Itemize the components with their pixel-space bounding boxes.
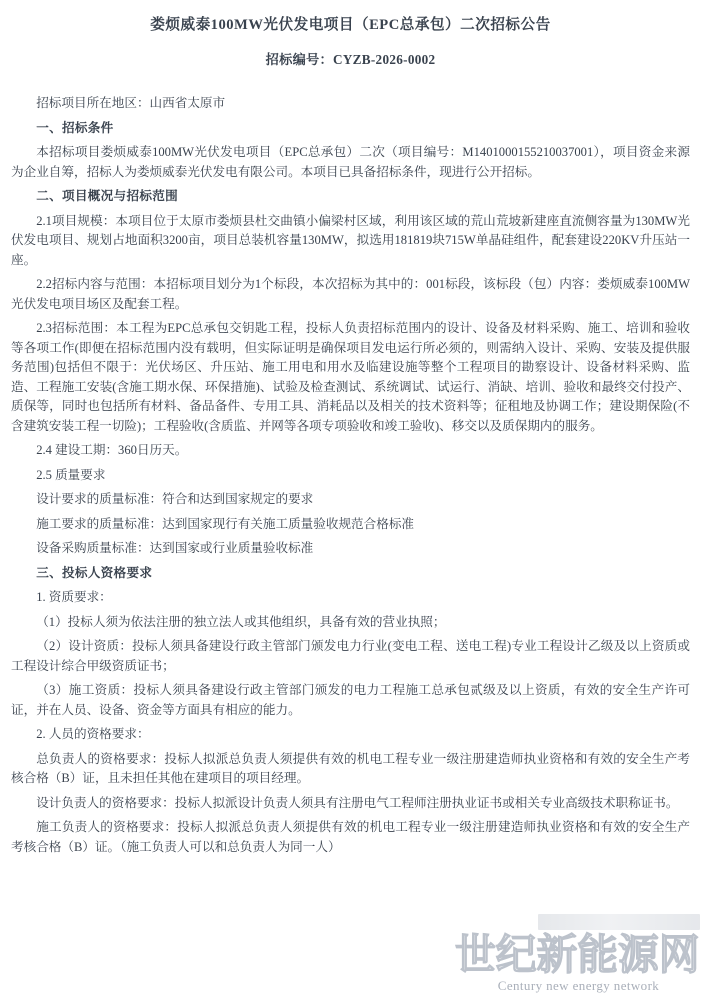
watermark-cn-text: 世纪新能源网: [455, 934, 695, 978]
para-design-quality-standard: 设计要求的质量标准：符合和达到国家规定的要求: [11, 490, 690, 510]
para-general-manager-requirements: 总负责人的资格要求：投标人拟派总负责人须提供有效的机电工程专业一级注册建造师执业…: [11, 750, 690, 789]
para-qualification-item-3-construction: （3）施工资质：投标人须具备建设行政主管部门颁发的电力工程施工总承包贰级及以上资…: [11, 681, 690, 720]
doc-title: 娄烦威泰100MW光伏发电项目（EPC总承包）二次招标公告: [11, 13, 690, 34]
para-tender-scope: 2.3招标范围：本工程为EPC总承包交钥匙工程，投标人负责招标范围内的设计、设备…: [11, 319, 690, 436]
tender-announcement-document: 娄烦威泰100MW光伏发电项目（EPC总承包）二次招标公告 招标编号：CYZB-…: [0, 0, 702, 996]
para-construction-manager-requirements: 施工负责人的资格要求：投标人拟派总负责人须提供有效的机电工程专业一级注册建造师执…: [11, 818, 690, 857]
heading-tender-conditions: 一、招标条件: [11, 119, 690, 139]
heading-project-overview: 二、项目概况与招标范围: [11, 187, 690, 207]
para-construction-quality-standard: 施工要求的质量标准：达到国家现行有关施工质量验收规范合格标准: [11, 515, 690, 535]
para-qualification-item-2-design: （2）设计资质：投标人须具备建设行政主管部门颁发电力行业(变电工程、送电工程)专…: [11, 637, 690, 676]
para-tender-conditions: 本招标项目娄烦威泰100MW光伏发电项目（EPC总承包）二次（项目编号：M140…: [11, 143, 690, 182]
para-quality-requirements: 2.5 质量要求: [11, 466, 690, 486]
para-construction-period: 2.4 建设工期：360日历天。: [11, 441, 690, 461]
document-body: 娄烦威泰100MW光伏发电项目（EPC总承包）二次招标公告 招标编号：CYZB-…: [0, 0, 702, 857]
watermark-en-text: Century new energy network: [455, 979, 702, 993]
watermark: 世纪新能源网 Century new energy network: [455, 934, 702, 993]
para-tender-content: 2.2招标内容与范围：本招标项目划分为1个标段，本次招标为其中的：001标段，该…: [11, 275, 690, 314]
para-location: 招标项目所在地区：山西省太原市: [11, 94, 690, 114]
para-project-scale: 2.1项目规模：本项目位于太原市娄烦县杜交曲镇小偏梁村区域，利用该区域的荒山荒坡…: [11, 212, 690, 271]
para-qualification-requirements: 1. 资质要求：: [11, 588, 690, 608]
tender-number: 招标编号：CYZB-2026-0002: [11, 49, 690, 68]
para-design-manager-requirements: 设计负责人的资格要求：投标人拟派设计负责人须具有注册电气工程师注册执业证书或相关…: [11, 794, 690, 814]
watermark-artifact: [538, 914, 700, 930]
para-qualification-item-1: （1）投标人须为依法注册的独立法人或其他组织，具备有效的营业执照；: [11, 613, 690, 633]
heading-bidder-qualifications: 三、投标人资格要求: [11, 564, 690, 584]
para-personnel-requirements: 2. 人员的资格要求：: [11, 725, 690, 745]
para-equipment-quality-standard: 设备采购质量标准：达到国家或行业质量验收标准: [11, 539, 690, 559]
